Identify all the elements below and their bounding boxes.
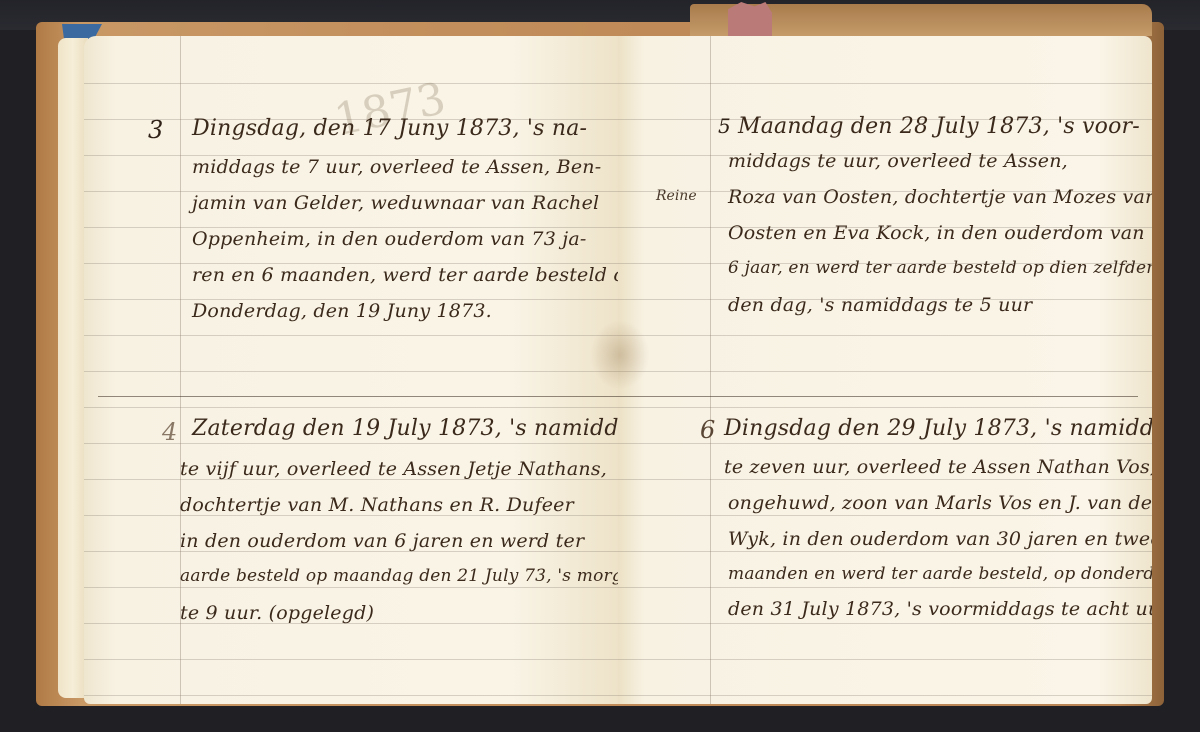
entry-line: Dingsdag den 29 July 1873, 's namiddags xyxy=(724,416,1152,441)
entry-line: middags te uur, overleed te Assen, xyxy=(728,150,1068,172)
bookmark-ribbon xyxy=(728,2,772,38)
right-page: Reine 5 Maandag den 28 July 1873, 's voo… xyxy=(618,36,1152,704)
left-page: 1873 3 Dingsdag, den 17 Juny 1873, 's na… xyxy=(84,36,618,704)
margin-line xyxy=(710,36,711,704)
entry-line: Zaterdag den 19 July 1873, 's namiddags xyxy=(192,416,618,441)
entry-line: in den ouderdom van 6 jaren en werd ter xyxy=(180,530,584,552)
entry-number: 4 xyxy=(162,418,177,446)
entry-line: te zeven uur, overleed te Assen Nathan V… xyxy=(724,456,1152,478)
entry-number: 6 xyxy=(700,416,715,444)
entry-line: den 31 July 1873, 's voormiddags te acht… xyxy=(728,598,1152,620)
entry-number: 3 xyxy=(148,116,163,144)
entry-line: Maandag den 28 July 1873, 's voor- xyxy=(738,114,1140,139)
entry-line: Oosten en Eva Kock, in den ouderdom van xyxy=(728,222,1145,244)
entry-line: Dingsdag, den 17 Juny 1873, 's na- xyxy=(192,116,587,141)
entry-line: te vijf uur, overleed te Assen Jetje Nat… xyxy=(180,458,607,480)
entry-line: jamin van Gelder, weduwnaar van Rachel xyxy=(192,192,599,214)
entry-line: Roza van Oosten, dochtertje van Mozes va… xyxy=(728,186,1152,208)
entry-line: te 9 uur. (opgelegd) xyxy=(180,602,374,624)
entry-line: Wyk, in den ouderdom van 30 jaren en twe… xyxy=(728,528,1152,550)
entry-divider xyxy=(98,396,618,397)
entry-line: dochtertje van M. Nathans en R. Dufeer xyxy=(180,494,574,516)
entry-line: den dag, 's namiddags te 5 uur xyxy=(728,294,1032,316)
entry-line: Donderdag, den 19 Juny 1873. xyxy=(192,300,492,322)
entry-divider xyxy=(618,396,1138,397)
entry-line: ren en 6 maanden, werd ter aarde besteld… xyxy=(192,264,618,286)
margin-note: Reine xyxy=(656,188,697,204)
entry-line: maanden en werd ter aarde besteld, op do… xyxy=(728,564,1152,584)
entry-number: 5 xyxy=(718,114,731,138)
entry-line: Oppenheim, in den ouderdom van 73 ja- xyxy=(192,228,587,250)
entry-line: ongehuwd, zoon van Marls Vos en J. van d… xyxy=(728,492,1152,514)
entry-line: 6 jaar, en werd ter aarde besteld op die… xyxy=(728,258,1152,278)
entry-line: middags te 7 uur, overleed te Assen, Ben… xyxy=(192,156,601,178)
entry-line: aarde besteld op maandag den 21 July 73,… xyxy=(180,566,618,586)
